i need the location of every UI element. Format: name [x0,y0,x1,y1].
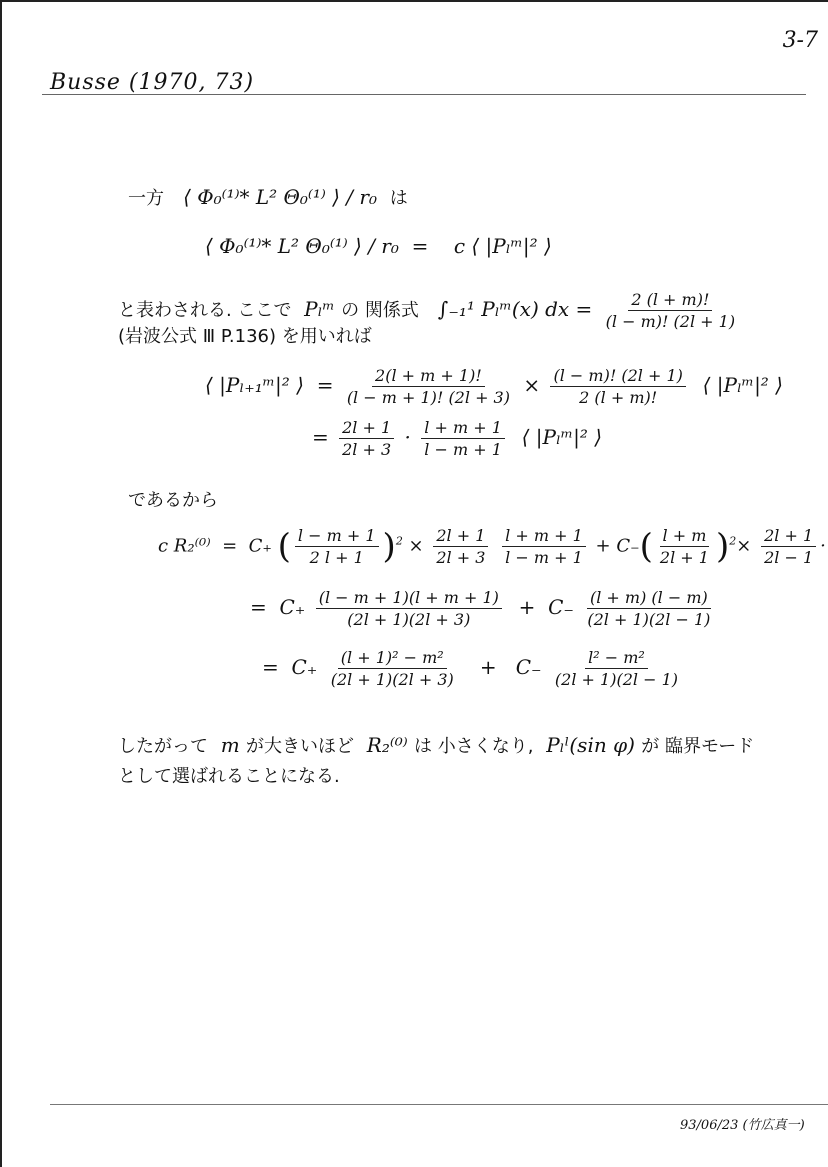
equation-2: ⟨ |Pₗ₊₁ᵐ|² ⟩ = 2(l + m + 1)! (l − m + 1)… [205,366,783,407]
fraction-denominator: 2l + 3 [433,547,488,567]
left-paren: ( [640,527,653,567]
eq3-eq: = [312,425,329,449]
fraction-numerator: (l + 1)² − m² [338,648,447,669]
equation-3: = 2l + 1 2l + 3 · l + m + 1 l − m + 1 ⟨ … [312,418,602,459]
plus-sign: + [596,536,611,557]
c-minus: C₋ [616,536,639,557]
equation-5: = C₊ (l − m + 1)(l + m + 1) (2l + 1)(2l … [250,588,717,629]
fraction-denominator: 2 (l + m)! [576,387,660,407]
eq3-tail: ⟨ |Pₗᵐ|² ⟩ [522,425,602,449]
dot-sign: · [820,536,826,557]
conclusion-text-c: は 小さくなり, [414,736,533,757]
eq1-rhs: c ⟨ |Pₗᵐ|² ⟩ [454,234,552,258]
eq4-fraction-3: l + m + 1 l − m + 1 [502,526,586,567]
conclusion-text-b: が大きいほど [246,736,354,757]
text1-sym: Pₗᵐ [304,297,335,321]
c-minus: C₋ [548,595,574,619]
eq2-fraction-1: 2(l + m + 1)! (l − m + 1)! (2l + 3) [344,366,513,407]
eq3-fraction-2: l + m + 1 l − m + 1 [421,418,505,459]
text1-integral: ∫₋₁¹ Pₗᵐ(x) dx = [438,297,592,321]
eq1-eq: = [412,234,429,258]
eq4-fraction-2: 2l + 1 2l + 3 [433,526,488,567]
fraction-numerator: (l − m + 1)(l + m + 1) [316,588,502,609]
conclusion-text-a: したがって [118,736,208,757]
intro-expr: ⟨ Φ₀⁽¹⁾* L² Θ₀⁽¹⁾ ⟩ / r₀ [183,185,377,209]
intro-suffix: は [390,188,408,209]
equation-6: = C₊ (l + 1)² − m² (2l + 1)(2l + 3) + C₋… [262,648,685,689]
text1-part1: と表わされる. ここで [118,300,291,321]
eq4-eq: = [222,536,237,557]
fraction-denominator: l − m + 1 [502,547,586,567]
symbol-p: Pₗˡ(sin φ) [546,733,635,757]
fraction-denominator: 2l + 1 [657,547,712,567]
text1-fraction: 2 (l + m)! (l − m)! (2l + 1) [603,290,738,331]
times-sign: × [409,536,424,557]
fraction-numerator: (l − m)! (2l + 1) [550,366,685,387]
header-rule [42,94,806,95]
text1-part2: の 関係式 [341,300,419,321]
eq2-lhs: ⟨ |Pₗ₊₁ᵐ|² ⟩ [205,373,304,397]
times-sign: × [736,536,751,557]
square-exponent: 2 [396,535,403,548]
eq2-fraction-2: (l − m)! (2l + 1) 2 (l + m)! [550,366,685,407]
eq4-fraction-4: l + m 2l + 1 [657,526,712,567]
fraction-numerator: l + m [660,526,710,547]
right-paren: ) [716,527,729,567]
conclusion-text-d: が 臨界モード [641,736,754,757]
conclusion-line-1: したがって m が大きいほど R₂⁽⁰⁾ は 小さくなり, Pₗˡ(sin φ)… [118,732,754,758]
eq5-fraction-2: (l + m) (l − m) (2l + 1)(2l − 1) [584,588,713,629]
fraction-numerator: 2 (l + m)! [628,290,712,311]
fraction-numerator: 2(l + m + 1)! [372,366,485,387]
symbol-r2: R₂⁽⁰⁾ [367,733,408,757]
fraction-denominator: (2l + 1)(2l + 3) [344,609,473,629]
c-minus: C₋ [516,655,542,679]
c-plus: C₊ [291,655,317,679]
intro-prefix: 一方 [128,188,164,209]
c-plus: C₊ [249,536,272,557]
intro-line: 一方 ⟨ Φ₀⁽¹⁾* L² Θ₀⁽¹⁾ ⟩ / r₀ は [128,184,408,210]
text-line-3: であるから [128,486,218,512]
times-sign: × [523,373,540,397]
eq4-fraction-5: 2l + 1 2l − 1 [761,526,816,567]
c-plus: C₊ [279,595,305,619]
footer-note: 93/06/23 (竹広真一) [680,1114,805,1133]
equation-1: ⟨ Φ₀⁽¹⁾* L² Θ₀⁽¹⁾ ⟩ / r₀ = c ⟨ |Pₗᵐ|² ⟩ [205,234,552,258]
eq6-eq: = [262,655,279,679]
eq2-eq: = [317,373,334,397]
fraction-numerator: (l + m) (l − m) [587,588,711,609]
eq4-lhs: c R₂⁽⁰⁾ [158,536,211,557]
eq6-fraction-1: (l + 1)² − m² (2l + 1)(2l + 3) [328,648,457,689]
plus-sign: + [519,595,536,619]
fraction-numerator: 2l + 1 [433,526,488,547]
page-number: 3-7 [783,28,818,53]
page-border-top [0,0,828,2]
fraction-numerator: l − m + 1 [295,526,379,547]
fraction-denominator: (2l + 1)(2l − 1) [584,609,713,629]
dot-sign: · [405,425,411,449]
fraction-numerator: 2l + 1 [339,418,394,439]
fraction-denominator: (2l + 1)(2l + 3) [328,669,457,689]
fraction-numerator: l + m + 1 [502,526,586,547]
fraction-denominator: (l − m)! (2l + 1) [603,311,738,331]
fraction-denominator: 2 l + 1 [307,547,367,567]
fraction-denominator: 2l − 1 [761,547,816,567]
eq2-tail: ⟨ |Pₗᵐ|² ⟩ [703,373,783,397]
eq4-fraction-1: l − m + 1 2 l + 1 [295,526,379,567]
equation-4: c R₂⁽⁰⁾ = C₊ ( l − m + 1 2 l + 1 )2 × 2l… [158,526,828,567]
left-paren: ( [278,527,291,567]
fraction-numerator: 2l + 1 [761,526,816,547]
eq3-fraction-1: 2l + 1 2l + 3 [339,418,394,459]
fraction-denominator: (2l + 1)(2l − 1) [552,669,681,689]
eq5-eq: = [250,595,267,619]
eq5-fraction-1: (l − m + 1)(l + m + 1) (2l + 1)(2l + 3) [316,588,502,629]
fraction-denominator: (l − m + 1)! (2l + 3) [344,387,513,407]
conclusion-line-2: として選ばれることになる. [118,762,340,788]
page-border-left [0,0,2,1167]
fraction-numerator: l² − m² [585,648,648,669]
plus-sign: + [480,655,497,679]
eq1-lhs: ⟨ Φ₀⁽¹⁾* L² Θ₀⁽¹⁾ ⟩ / r₀ [205,234,399,258]
symbol-m: m [221,733,240,757]
right-paren: ) [383,527,396,567]
text-line-2: (岩波公式 Ⅲ P.136) を用いれば [118,322,372,348]
footer-rule [50,1104,828,1105]
fraction-denominator: 2l + 3 [339,439,394,459]
fraction-denominator: l − m + 1 [421,439,505,459]
header-title: Busse (1970, 73) [50,70,254,95]
eq6-fraction-2: l² − m² (2l + 1)(2l − 1) [552,648,681,689]
fraction-numerator: l + m + 1 [421,418,505,439]
